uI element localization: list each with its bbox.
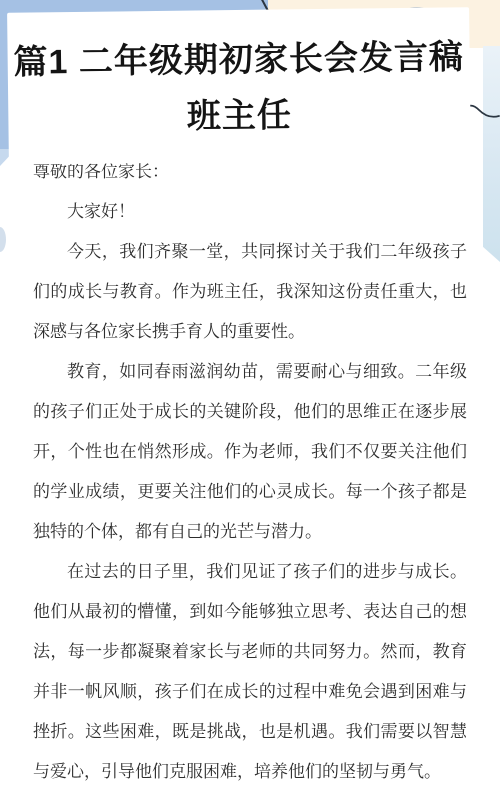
right-edge-blue-strip [483, 46, 500, 262]
page-title: 篇1 二年级期初家长会发言稿 班主任 [7, 29, 470, 147]
speech-paragraph: 在过去的日子里，我们见证了孩子们的进步与成长。他们从最初的懵懂，到如今能够独立思… [33, 552, 467, 792]
speech-paragraph: 教育，如同春雨滋润幼苗，需要耐心与细致。二年级的孩子们正处于成长的关键阶段，他们… [33, 352, 467, 552]
left-edge-crescent-shape [0, 227, 6, 252]
speech-paragraph: 今天，我们齐聚一堂，共同探讨关于我们二年级孩子们的成长与教育。作为班主任，我深知… [33, 232, 467, 352]
title-line-2: 班主任 [8, 85, 471, 147]
title-line-1: 篇1 二年级期初家长会发言稿 [7, 29, 470, 91]
greeting-line: 大家好！ [33, 192, 467, 232]
speech-body: 尊敬的各位家长： 大家好！ 今天，我们齐聚一堂，共同探讨关于我们二年级孩子们的成… [33, 152, 467, 792]
title-card: 篇1 二年级期初家长会发言稿 班主任 [7, 7, 471, 165]
document-page: 篇1 二年级期初家长会发言稿 班主任 尊敬的各位家长： 大家好！ 今天，我们齐聚… [0, 0, 500, 796]
